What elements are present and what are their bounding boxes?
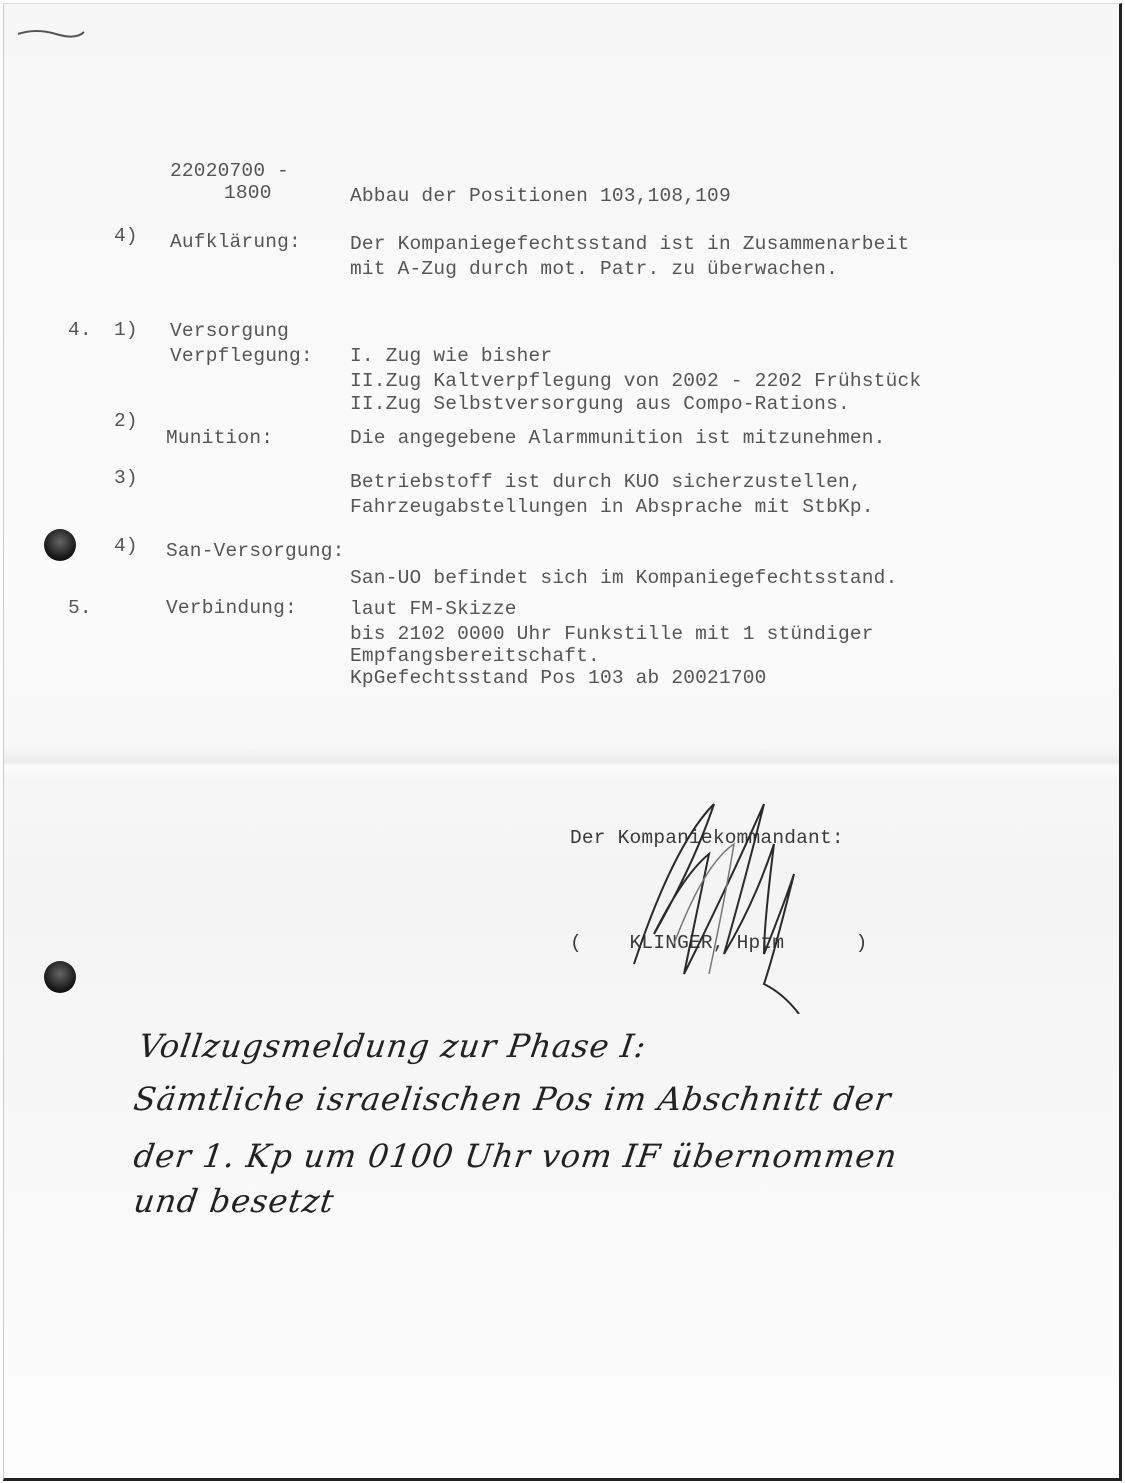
item-text: II.Zug Selbstversorgung aus Compo-Ration… — [350, 392, 850, 416]
item-number: 4) — [114, 224, 138, 248]
item-label: Versorgung — [170, 319, 289, 343]
paper-fold — [4, 749, 1119, 779]
item-text: Fahrzeugabstellungen in Absprache mit St… — [350, 495, 874, 519]
item-number: 4) — [114, 534, 138, 558]
document-page: 22020700 - 1800 Abbau der Positionen 103… — [3, 3, 1122, 1481]
item-text: KpGefechtsstand Pos 103 ab 20021700 — [350, 666, 767, 690]
punch-hole-icon — [44, 961, 76, 993]
item-text: mit A-Zug durch mot. Patr. zu überwachen… — [350, 257, 838, 281]
item-text: II.Zug Kaltverpflegung von 2002 - 2202 F… — [350, 369, 921, 393]
handwritten-note-line: und besetzt — [131, 1179, 337, 1223]
item-text: I. Zug wie bisher — [350, 344, 552, 368]
time-entry-text: Abbau der Positionen 103,108,109 — [350, 184, 731, 208]
item-text: Der Kompaniegefechtsstand ist in Zusamme… — [350, 232, 909, 256]
item-label: Verpflegung: — [170, 344, 313, 368]
handwritten-note-line: der 1. Kp um 0100 Uhr vom IF übernommen — [131, 1134, 900, 1178]
item-text: Empfangsbereitschaft. — [350, 644, 600, 668]
item-text: Die angegebene Alarmmunition ist mitzune… — [350, 426, 886, 450]
time-from: 22020700 - — [170, 159, 289, 183]
section-number: 4. — [68, 318, 92, 342]
item-label: Verbindung: — [166, 596, 297, 620]
staple-mark-icon — [16, 26, 86, 40]
item-number: 1) — [114, 318, 138, 342]
handwritten-note-line: Sämtliche israelischen Pos im Abschnitt … — [131, 1077, 894, 1121]
time-to: 1800 — [224, 181, 272, 205]
handwritten-signature-icon — [614, 784, 834, 1014]
item-number: 3) — [114, 466, 138, 490]
section-number: 5. — [68, 596, 92, 620]
item-label: Munition: — [166, 426, 273, 450]
item-label: Aufklärung: — [170, 230, 301, 254]
handwritten-note-line: Vollzugsmeldung zur Phase I: — [136, 1024, 649, 1068]
item-text: San-UO befindet sich im Kompaniegefechts… — [350, 566, 898, 590]
item-text: laut FM-Skizze — [350, 597, 517, 621]
item-label: San-Versorgung: — [166, 539, 345, 563]
punch-hole-icon — [44, 529, 76, 561]
item-text: bis 2102 0000 Uhr Funkstille mit 1 stünd… — [350, 622, 874, 646]
item-text: Betriebstoff ist durch KUO sicherzustell… — [350, 470, 862, 494]
item-number: 2) — [114, 409, 138, 433]
